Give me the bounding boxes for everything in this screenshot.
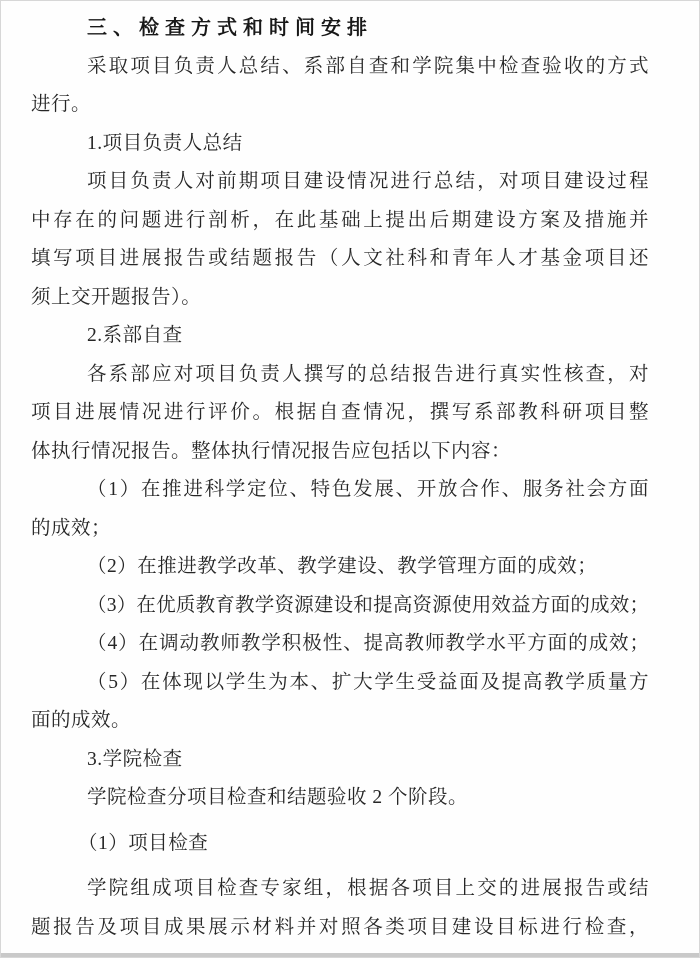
doc-line: 中存在的问题进行剖析，在此基础上提出后期建设方案及措施并 xyxy=(31,202,649,241)
doc-line: 各系部应对项目负责人撰写的总结报告进行真实性核查，对 xyxy=(31,356,649,395)
subsection-heading-1: 1.项目负责人总结 xyxy=(31,125,649,164)
doc-line: 体执行情况报告。整体执行情况报告应包括以下内容： xyxy=(31,433,649,472)
doc-line: 学院组成项目检查专家组，根据各项目上交的进展报告或结 xyxy=(31,870,649,909)
doc-line: 题报告及项目成果展示材料并对照各类项目建设目标进行检查， xyxy=(31,909,649,948)
document-page: 三、检查方式和时间安排 采取项目负责人总结、系部自查和学院集中检查验收的方式 进… xyxy=(0,0,700,958)
doc-line: 项目进展情况进行评价。根据自查情况，撰写系部教科研项目整 xyxy=(31,394,649,433)
list-item-2: （2）在推进教学改革、教学建设、教学管理方面的成效； xyxy=(31,548,649,587)
doc-line: 面的成效。 xyxy=(31,702,649,741)
doc-line: 填写项目进展报告或结题报告（人文社科和青年人才基金项目还 xyxy=(31,240,649,279)
section-heading: 三、检查方式和时间安排 xyxy=(31,9,649,48)
doc-line: 学院检查分项目检查和结题验收 2 个阶段。 xyxy=(31,779,649,818)
subsection-heading-3: 3.学院检查 xyxy=(31,741,649,780)
list-item-4: （4）在调动教师教学积极性、提高教师教学水平方面的成效； xyxy=(31,625,649,664)
doc-line: 须上交开题报告）。 xyxy=(31,279,649,318)
doc-line: 项目负责人对前期项目建设情况进行总结，对项目建设过程 xyxy=(31,163,649,202)
doc-line: 进行。 xyxy=(31,86,649,125)
list-item-5: （5）在体现以学生为本、扩大学生受益面及提高教学质量方 xyxy=(31,664,649,703)
list-item-1: （1）在推进科学定位、特色发展、开放合作、服务社会方面 xyxy=(31,471,649,510)
subsection-heading-2: 2.系部自查 xyxy=(31,317,649,356)
document-content: 三、检查方式和时间安排 采取项目负责人总结、系部自查和学院集中检查验收的方式 进… xyxy=(1,1,699,947)
list-item-3: （3）在优质教育教学资源建设和提高资源使用效益方面的成效； xyxy=(31,587,649,626)
sub-item-heading: （1）项目检查 xyxy=(31,825,649,864)
doc-line: 采取项目负责人总结、系部自查和学院集中检查验收的方式 xyxy=(31,48,649,87)
doc-line: 的成效； xyxy=(31,510,649,549)
page-bottom-edge xyxy=(1,953,699,957)
